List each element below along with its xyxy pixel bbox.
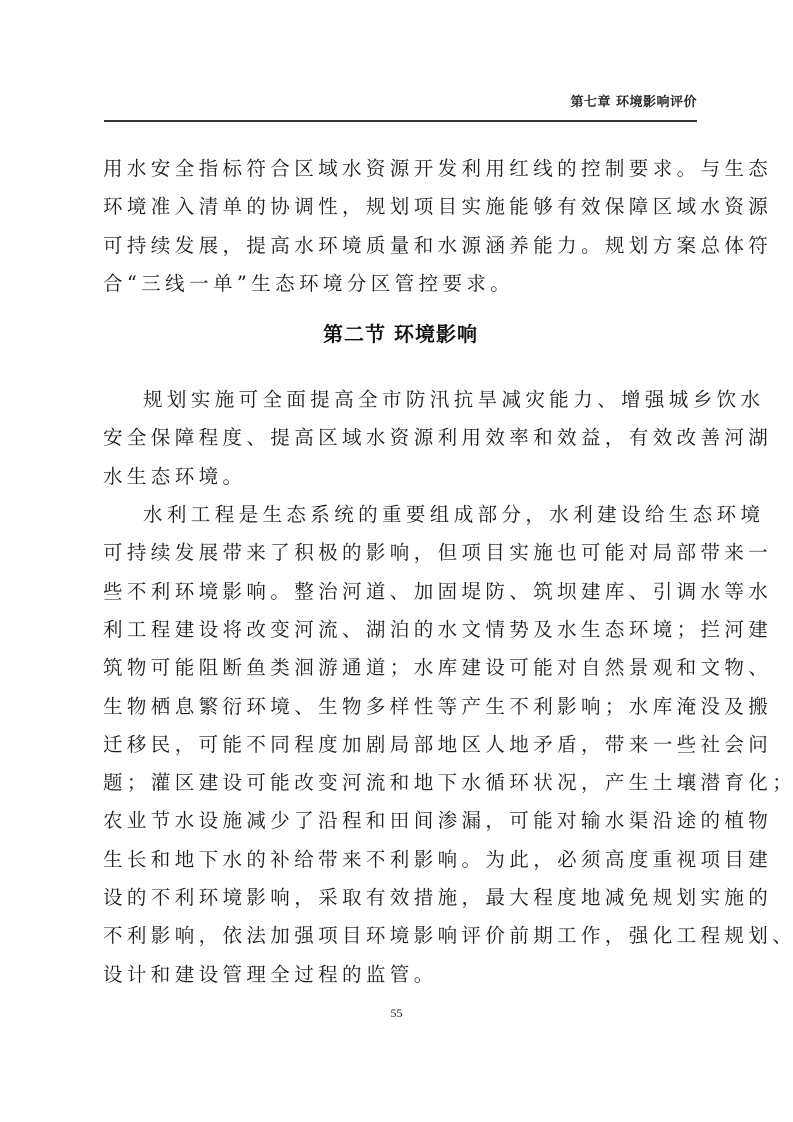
- text-line: 可持续发展，提高水环境质量和水源涵养能力。规划方案总体符: [103, 227, 698, 265]
- text-line: 些不利环境影响。整治河道、加固堤防、筑坝建库、引调水等水: [103, 573, 698, 611]
- text-line: 水生态环境。: [103, 458, 698, 496]
- running-header-chapter-title: 第七章 环境影响评价: [104, 91, 697, 110]
- text-line: 水利工程是生态系统的重要组成部分，水利建设给生态环境: [103, 496, 698, 534]
- text-line: 设计和建设管理全过程的监管。: [103, 956, 698, 994]
- text-line: 环境准入清单的协调性，规划项目实施能够有效保障区域水资源: [103, 188, 698, 226]
- text-line: 迁移民，可能不同程度加剧局部地区人地矛盾，带来一些社会问: [103, 726, 698, 764]
- page-body: 用水安全指标符合区域水资源开发利用红线的控制要求。与生态 环境准入清单的协调性，…: [103, 150, 698, 994]
- paragraph-continued: 用水安全指标符合区域水资源开发利用红线的控制要求。与生态 环境准入清单的协调性，…: [103, 150, 698, 303]
- text-line: 不利影响，依法加强项目环境影响评价前期工作，强化工程规划、: [103, 917, 698, 955]
- header-divider: [104, 120, 697, 122]
- text-line: 生物栖息繁衍环境、生物多样性等产生不利影响；水库淹没及搬: [103, 688, 698, 726]
- text-line: 可持续发展带来了积极的影响，但项目实施也可能对局部带来一: [103, 534, 698, 572]
- paragraph-overview: 规划实施可全面提高全市防汛抗旱减灾能力、增强城乡饮水 安全保障程度、提高区域水资…: [103, 381, 698, 496]
- text-line: 农业节水设施减少了沿程和田间渗漏，可能对输水渠沿途的植物: [103, 802, 698, 840]
- text-line: 生长和地下水的补给带来不利影响。为此，必须高度重视项目建: [103, 841, 698, 879]
- text-line: 题；灌区建设可能改变河流和地下水循环状况，产生土壤潜育化；: [103, 764, 698, 802]
- text-line: 规划实施可全面提高全市防汛抗旱减灾能力、增强城乡饮水: [103, 381, 698, 419]
- page-number: 55: [0, 1006, 793, 1021]
- text-line: 用水安全指标符合区域水资源开发利用红线的控制要求。与生态: [103, 150, 698, 188]
- paragraph-impacts: 水利工程是生态系统的重要组成部分，水利建设给生态环境 可持续发展带来了积极的影响…: [103, 496, 698, 994]
- section-heading: 第二节 环境影响: [103, 315, 698, 353]
- text-line: 合“三线一单”生态环境分区管控要求。: [103, 265, 698, 303]
- text-line: 筑物可能阻断鱼类洄游通道；水库建设可能对自然景观和文物、: [103, 649, 698, 687]
- text-line: 设的不利环境影响，采取有效措施，最大程度地减免规划实施的: [103, 879, 698, 917]
- text-line: 安全保障程度、提高区域水资源利用效率和效益，有效改善河湖: [103, 419, 698, 457]
- text-line: 利工程建设将改变河流、湖泊的水文情势及水生态环境；拦河建: [103, 611, 698, 649]
